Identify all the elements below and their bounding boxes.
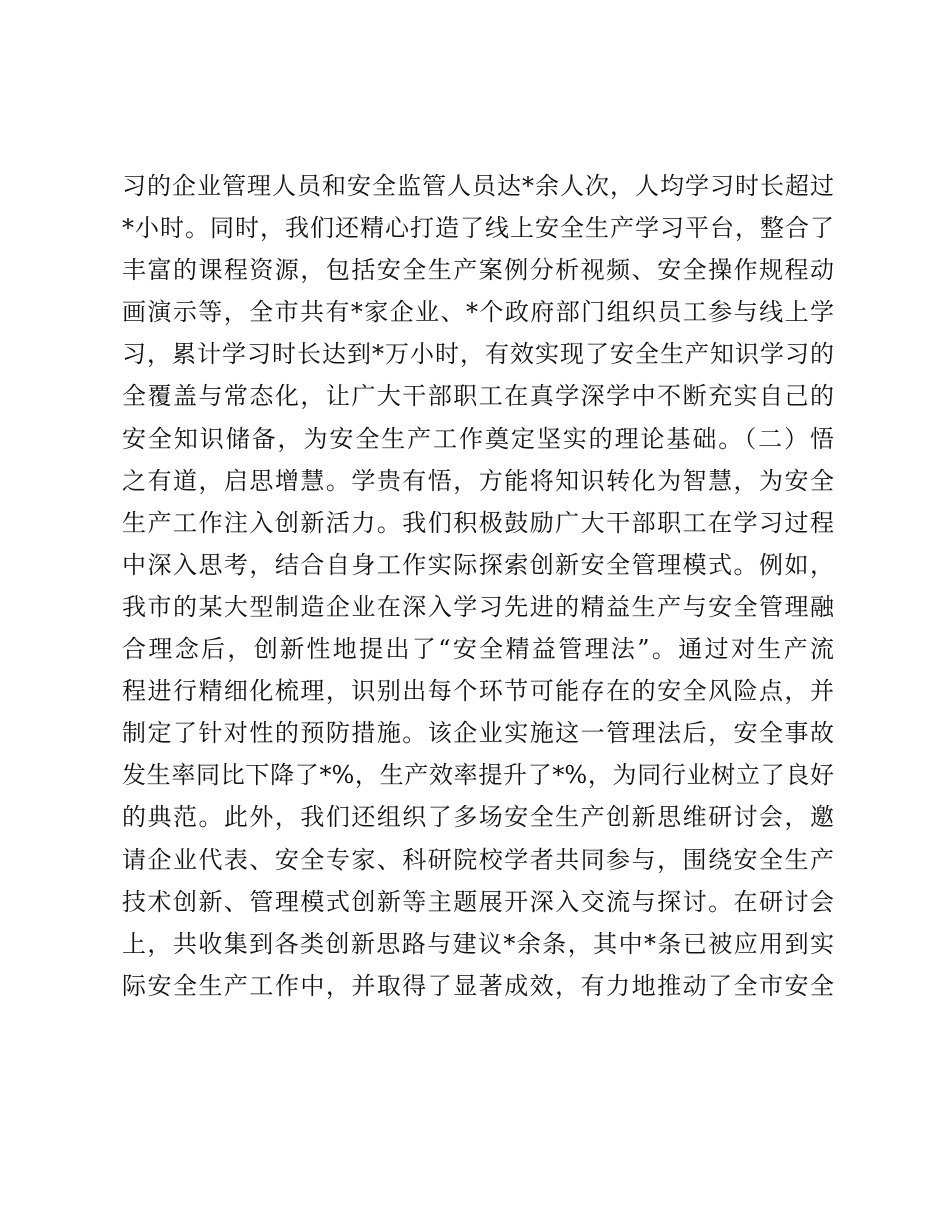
text-line: 的典范。此外，我们还组织了多场安全生产创新思维研讨会，邀: [122, 796, 834, 838]
text-line: 我市的某大型制造企业在深入学习先进的精益生产与安全管理融: [122, 586, 834, 628]
text-line: 习的企业管理人员和安全监管人员达*余人次，人均学习时长超过: [122, 165, 834, 207]
text-line: 际安全生产工作中，并取得了显著成效，有力地推动了全市安全: [122, 965, 834, 1007]
text-line: 合理念后，创新性地提出了“安全精益管理法”。通过对生产流: [122, 628, 834, 670]
text-line: *小时。同时，我们还精心打造了线上安全生产学习平台，整合了: [122, 207, 834, 249]
text-line: 习，累计学习时长达到*万小时，有效实现了安全生产知识学习的: [122, 333, 834, 375]
text-line: 发生率同比下降了*%，生产效率提升了*%，为同行业树立了良好: [122, 754, 834, 796]
text-line: 上，共收集到各类创新思路与建议*余条，其中*条已被应用到实: [122, 923, 834, 965]
text-line: 丰富的课程资源，包括安全生产案例分析视频、安全操作规程动: [122, 249, 834, 291]
text-line: 之有道，启思增慧。学贵有悟，方能将知识转化为智慧，为安全: [122, 460, 834, 502]
text-line: 生产工作注入创新活力。我们积极鼓励广大干部职工在学习过程: [122, 502, 834, 544]
text-line: 请企业代表、安全专家、科研院校学者共同参与，围绕安全生产: [122, 839, 834, 881]
text-line: 安全知识储备，为安全生产工作奠定坚实的理论基础。（二）悟: [122, 418, 834, 460]
body-paragraph: 习的企业管理人员和安全监管人员达*余人次，人均学习时长超过 *小时。同时，我们还…: [122, 165, 842, 1007]
document-page: 习的企业管理人员和安全监管人员达*余人次，人均学习时长超过 *小时。同时，我们还…: [0, 0, 950, 1230]
text-line: 全覆盖与常态化，让广大干部职工在真学深学中不断充实自己的: [122, 375, 834, 417]
text-line: 中深入思考，结合自身工作实际探索创新安全管理模式。例如，: [122, 544, 834, 586]
text-line: 程进行精细化梳理，识别出每个环节可能存在的安全风险点，并: [122, 670, 834, 712]
text-line: 技术创新、管理模式创新等主题展开深入交流与探讨。在研讨会: [122, 881, 834, 923]
text-line: 制定了针对性的预防措施。该企业实施这一管理法后，安全事故: [122, 712, 834, 754]
text-line: 画演示等，全市共有*家企业、*个政府部门组织员工参与线上学: [122, 291, 834, 333]
